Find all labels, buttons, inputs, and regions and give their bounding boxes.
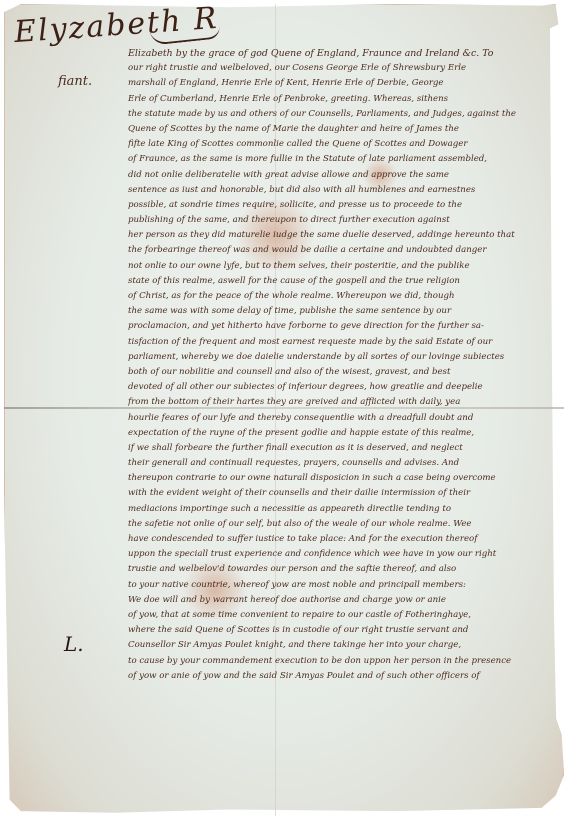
letter-line: their generall and continuall requestes,… [128, 456, 558, 471]
letter-line: hourlie feares of our lyfe and thereby c… [128, 411, 558, 426]
letter-line: from the bottom of their hartes they are… [128, 395, 558, 410]
letter-line: our right trustie and welbeloved, our Co… [128, 61, 558, 76]
letter-line: the forbearinge thereof was and would be… [128, 243, 558, 258]
letter-line: Erle of Cumberland, Henrie Erle of Penbr… [128, 92, 558, 107]
letter-line: marshall of England, Henrie Erle of Kent… [128, 76, 558, 91]
letter-line: expectation of the ruyne of the present … [128, 426, 558, 441]
letter-line: uppon the speciall trust experience and … [128, 547, 558, 562]
letter-line: fifte late King of Scottes commonlie cal… [128, 137, 558, 152]
letter-body: Elizabeth by the grace of god Quene of E… [128, 46, 558, 684]
letter-line: to cause by your commandement execution … [128, 654, 558, 669]
letter-line: both of our nobilitie and counsell and a… [128, 365, 558, 380]
letter-line: Counsellor Sir Amyas Poulet knight, and … [128, 638, 558, 653]
letter-line: tisfaction of the frequent and most earn… [128, 335, 558, 350]
letter-line: Quene of Scottes by the name of Marie th… [128, 122, 558, 137]
letter-line: parliament, whereby we doe daielie under… [128, 350, 558, 365]
letter-line: publishing of the same, and thereupon to… [128, 213, 558, 228]
letter-line: of yow or anie of yow and the said Sir A… [128, 669, 558, 684]
letter-line: the safetie not onlie of our self, but a… [128, 517, 558, 532]
letter-line: devoted of all other our subiectes of in… [128, 380, 558, 395]
letter-line: the same was with some delay of time, pu… [128, 304, 558, 319]
letter-line: thereupon contrarie to our owne naturall… [128, 471, 558, 486]
letter-line: the statute made by us and others of our… [128, 107, 558, 122]
letter-line: Elizabeth by the grace of god Quene of E… [128, 46, 558, 61]
letter-line: of yow, that at some time convenient to … [128, 608, 558, 623]
letter-line: possible, at sondrie times require, soll… [128, 198, 558, 213]
letter-line: sentence as iust and honorable, but did … [128, 183, 558, 198]
letter-line: We doe will and by warrant hereof doe au… [128, 593, 558, 608]
letter-line: proclamacion, and yet hitherto have forb… [128, 319, 558, 334]
letter-line: her person as they did maturelie iudge t… [128, 228, 558, 243]
letter-line: not onlie to our owne lyfe, but to them … [128, 259, 558, 274]
letter-line: with the evident weight of their counsel… [128, 486, 558, 501]
letter-line: where the said Quene of Scottes is in cu… [128, 623, 558, 638]
margin-mark: L. [64, 632, 84, 656]
letter-line: if we shall forbeare the further finall … [128, 441, 558, 456]
margin-note: fiant. [58, 74, 92, 89]
letter-line: did not onlie deliberatelie with great a… [128, 168, 558, 183]
letter-line: trustie and welbelov'd towardes our pers… [128, 562, 558, 577]
letter-line: have condescended to suffer iustice to t… [128, 532, 558, 547]
letter-line: mediacions importinge such a necessitie … [128, 502, 558, 517]
letter-line: of Christ, as for the peace of the whole… [128, 289, 558, 304]
letter-line: to your native countrie, whereof yow are… [128, 578, 558, 593]
letter-line: of Fraunce, as the same is more fullie i… [128, 152, 558, 167]
letter-line: state of this realme, aswell for the cau… [128, 274, 558, 289]
